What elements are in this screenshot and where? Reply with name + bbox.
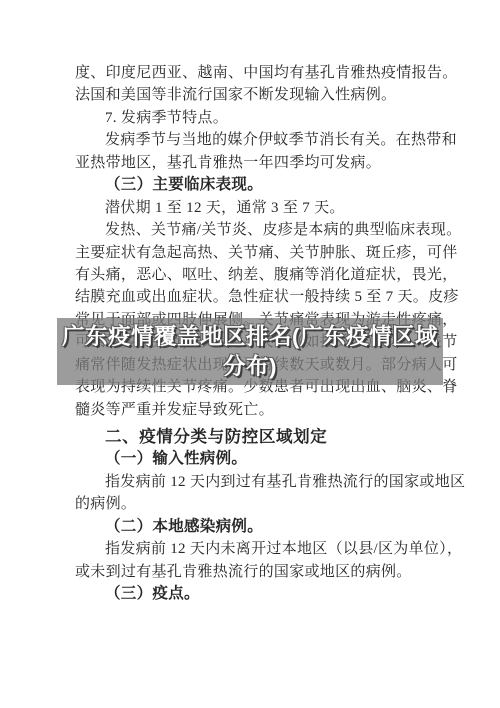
document-line: 主要症状有急起高热、关节痛、关节肿胀、斑丘疹，可伴 <box>75 242 447 264</box>
document-line: 的病例。 <box>75 493 447 515</box>
document-line: （三）主要临床表现。 <box>75 174 447 196</box>
document-line: 指发病前 12 天内到过有基孔肯雅热流行的国家或地区 <box>75 471 447 493</box>
document-line: 度、印度尼西亚、越南、中国均有基孔肯雅热疫情报告。 <box>75 62 447 84</box>
document-line: 发热、关节痛/关节炎、皮疹是本病的典型临床表现。 <box>75 219 447 241</box>
document-line: 潜伏期 1 至 12 天，通常 3 至 7 天。 <box>75 197 447 219</box>
document-line: 二、疫情分类与防控区域划定 <box>75 426 447 448</box>
document-line: 髓炎等严重并发症导致死亡。 <box>75 399 447 421</box>
document-line: 7. 发病季节特点。 <box>75 107 447 129</box>
document-line: 发病季节与当地的媒介伊蚊季节消长有关。在热带和 <box>75 129 447 151</box>
document-line: 或未到过有基孔肯雅热流行的国家或地区的病例。 <box>75 561 447 583</box>
overlay-title: 广东疫情覆盖地区排名(广东疫情区域 分布) <box>0 322 500 382</box>
document-line: （三）疫点。 <box>75 583 447 605</box>
document-line: （二）本地感染病例。 <box>75 516 447 538</box>
document-line: （一）输入性病例。 <box>75 448 447 470</box>
overlay-title-line1: 广东疫情覆盖地区排名(广东疫情区域 <box>0 322 500 352</box>
document-line: 结膜充血或出血症状。急性症状一般持续 5 至 7 天。皮疹 <box>75 286 447 308</box>
document-line: 法国和美国等非流行国家不断发现输入性病例。 <box>75 84 447 106</box>
document-line: 有头痛，恶心、呕吐、纳差、腹痛等消化道症状，畏光， <box>75 264 447 286</box>
document-line: 指发病前 12 天内未离开过本地区（以县/区为单位）， <box>75 538 447 560</box>
document-line: 亚热带地区，基孔肯雅热一年四季均可发病。 <box>75 152 447 174</box>
document-page: 度、印度尼西亚、越南、中国均有基孔肯雅热疫情报告。法国和美国等非流行国家不断发现… <box>0 0 500 708</box>
overlay-title-line2: 分布) <box>0 352 500 382</box>
